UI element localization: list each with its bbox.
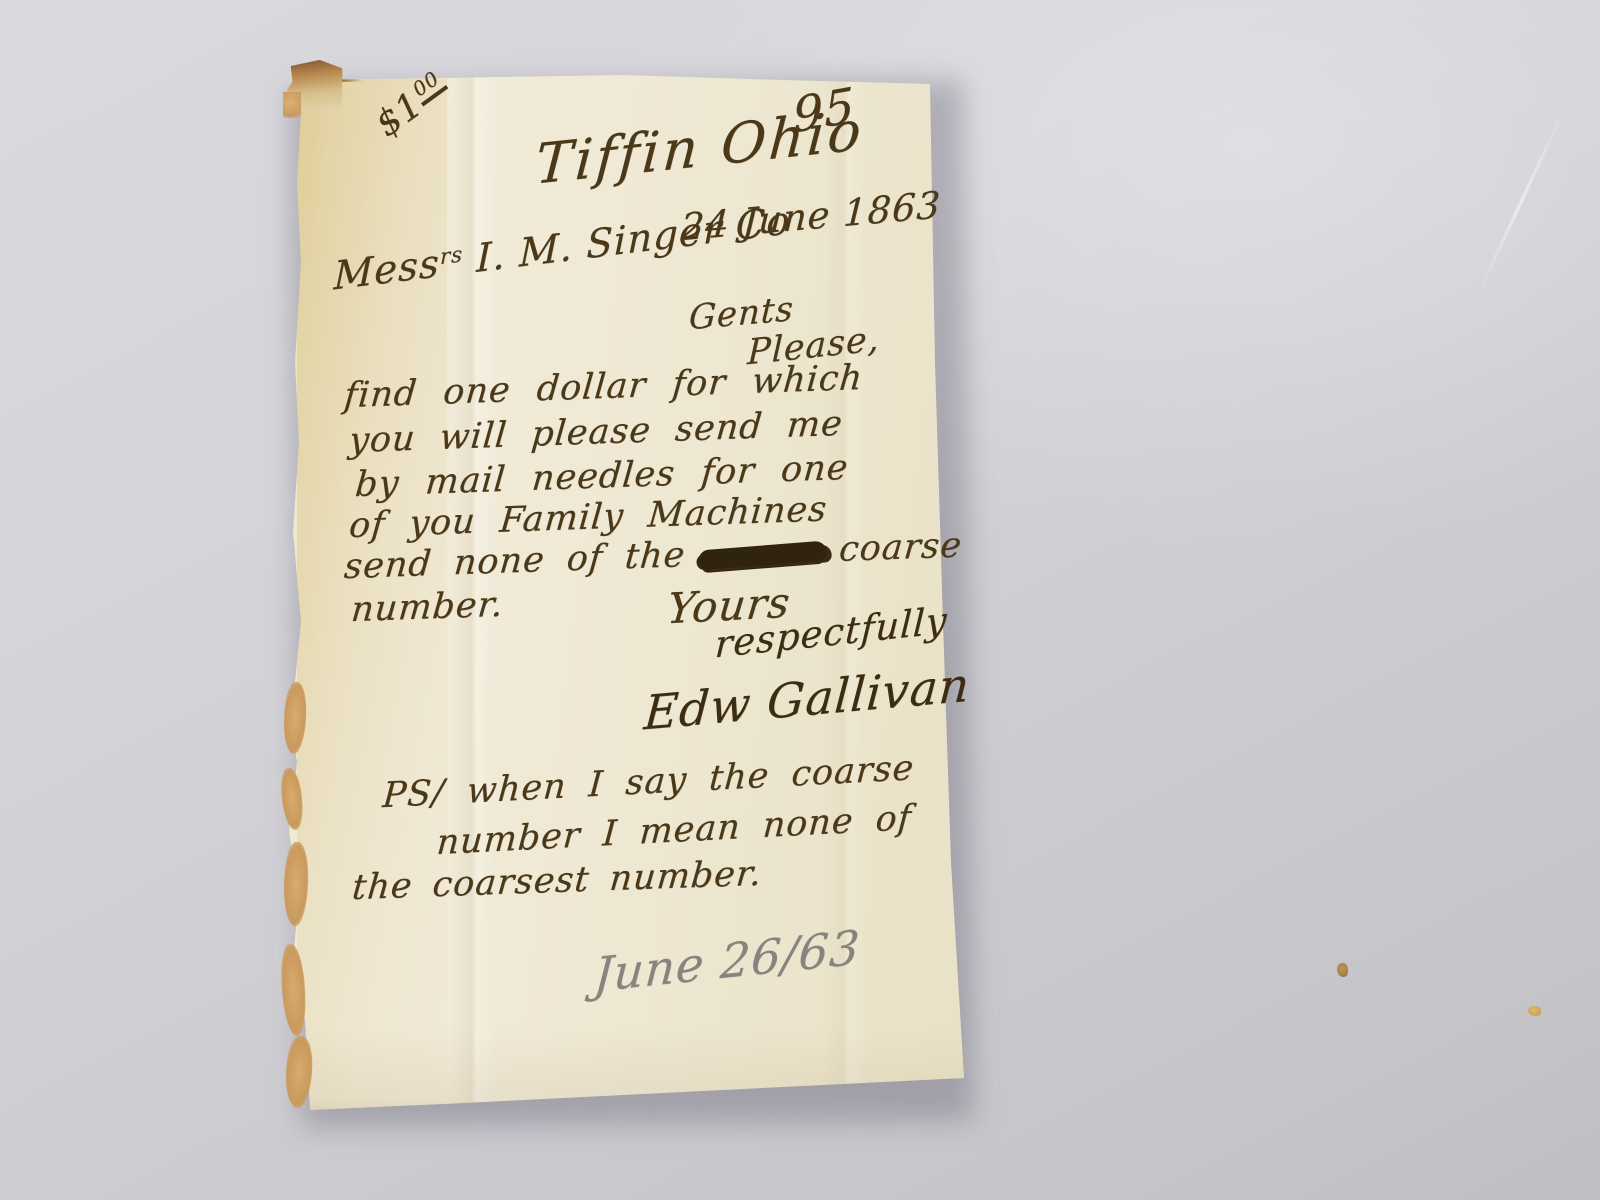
body-line: number. [349, 585, 505, 630]
torn-edge-nub [283, 92, 301, 118]
photo-of-letter: $100 95 Tiffin Ohio 24 June 1863 Messrs … [0, 0, 1600, 1200]
recipient-superscript: rs [440, 242, 464, 270]
crumb-speck [1337, 963, 1348, 977]
surface-scratch [1476, 105, 1567, 297]
strike-line-after: coarse [837, 525, 963, 569]
ink-blot-strikeout [698, 540, 827, 570]
crumb-speck [1528, 1006, 1541, 1016]
